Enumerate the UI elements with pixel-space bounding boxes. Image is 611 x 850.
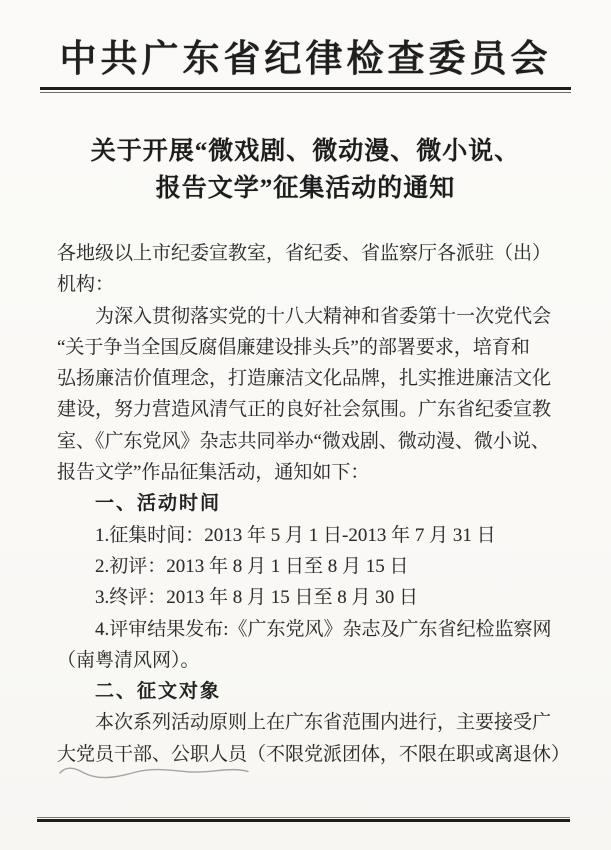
body-line: 1.征集时间：2013 年 5 月 1 日-2013 年 7 月 31 日 bbox=[57, 520, 569, 551]
document-body: 各地级以上市纪委宣教室，省纪委、省监察厅各派驻（出）机构：为深入贯彻落实党的十八… bbox=[57, 238, 569, 770]
body-line: 一、活动时间 bbox=[57, 488, 569, 519]
body-line: 4.评审结果发布:《广东党风》杂志及广东省纪检监察网 bbox=[57, 614, 569, 645]
footer-double-rule bbox=[37, 817, 570, 822]
body-line: 建设，努力营造风清气正的良好社会氛围。广东省纪委宣教 bbox=[57, 394, 569, 425]
body-line: 室、《广东党风》杂志共同举办“微戏剧、微动漫、微小说、 bbox=[57, 426, 569, 457]
body-line: 本次系列活动原则上在广东省范围内进行，主要接受广 bbox=[57, 707, 569, 738]
body-line: 3.终评：2013 年 8 月 15 日至 8 月 30 日 bbox=[57, 582, 569, 613]
body-line: 二、征文对象 bbox=[57, 676, 569, 707]
header-rule-thin-line bbox=[40, 92, 571, 93]
body-line: 报告文学”作品征集活动，通知如下： bbox=[57, 457, 569, 488]
header-rule-thick-line bbox=[40, 87, 571, 90]
footer-rule-thin-line bbox=[37, 817, 570, 818]
body-line: 2.初评：2013 年 8 月 1 日至 8 月 15 日 bbox=[57, 551, 569, 582]
footer-rule-thick-line bbox=[37, 819, 570, 822]
body-line: 弘扬廉洁价值理念，打造廉洁文化品牌，扎实推进廉洁文化 bbox=[57, 363, 569, 394]
document-title-line2: 报告文学”征集活动的通知 bbox=[0, 170, 611, 207]
body-line: 各地级以上市纪委宣教室，省纪委、省监察厅各派驻（出） bbox=[57, 238, 569, 269]
header-double-rule bbox=[40, 87, 571, 93]
body-line: （南粤清风网）。 bbox=[57, 645, 569, 676]
masthead-title: 中共广东省纪律检查委员会 bbox=[0, 28, 611, 82]
document-title: 关于开展“微戏剧、微动漫、微小说、 报告文学”征集活动的通知 bbox=[0, 133, 611, 207]
scanned-document-page: 中共广东省纪律检查委员会 关于开展“微戏剧、微动漫、微小说、 报告文学”征集活动… bbox=[0, 0, 611, 850]
body-line: “关于争当全国反腐倡廉建设排头兵”的部署要求，培育和 bbox=[57, 332, 569, 363]
body-line: 机构： bbox=[57, 269, 569, 300]
body-line: 为深入贯彻落实党的十八大精神和省委第十一次党代会 bbox=[57, 301, 569, 332]
pen-squiggle-mark-icon bbox=[58, 763, 250, 781]
document-title-line1: 关于开展“微戏剧、微动漫、微小说、 bbox=[0, 133, 611, 170]
